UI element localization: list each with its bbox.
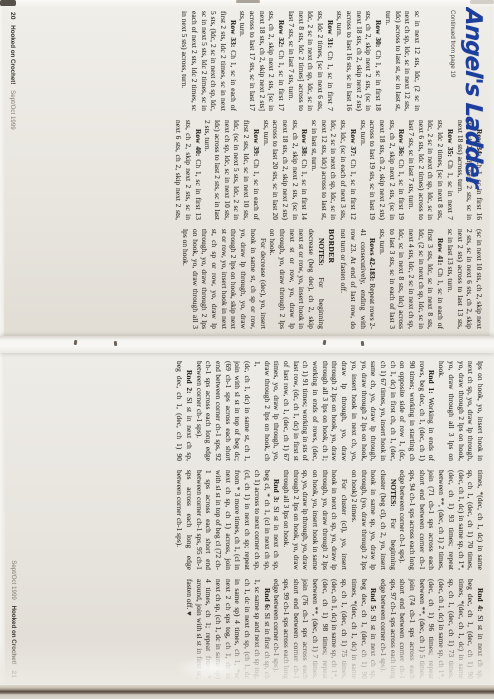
issue-date: Sept/Oct 1999 bbox=[10, 560, 17, 600]
scan-top-edge bbox=[0, 0, 494, 7]
paragraph-label: Row 40: bbox=[194, 129, 203, 159]
paragraph-label: Row 31: bbox=[326, 20, 335, 51]
paragraph-label: Row 33: bbox=[229, 20, 238, 50]
paragraph-label: Row 30: bbox=[374, 20, 383, 50]
pattern-paragraph: NOTES: For beginning decrease (beg dec),… bbox=[268, 229, 326, 329]
paragraph-label: Row 32: bbox=[277, 20, 286, 50]
paragraph-label: Row 39: bbox=[252, 129, 261, 159]
page-21: lps on hook, yo, insert hook in next ch … bbox=[5, 352, 491, 688]
pattern-paragraph: Row 38: Ch 1, sc in first 14 sts, ch 2, … bbox=[261, 120, 310, 220]
page-21-footer: Sept/Oct 1999 Hooked on Crochet! 21 bbox=[10, 556, 17, 678]
pattern-paragraph: (dc, ch 1, dc) in same st, ch 1, join wi… bbox=[194, 361, 252, 461]
pattern-paragraph: For decrease (dec), yo, insert hook in s… bbox=[180, 229, 267, 329]
staple-mark bbox=[114, 341, 118, 346]
pattern-paragraph: Rnd 4: Sl st in next ch sp, beg dec, ch … bbox=[378, 579, 485, 679]
pattern-paragraph: Row 30: Ch 1, sc in first 18 sts, ch 2, … bbox=[335, 11, 384, 111]
pattern-paragraph: Row 37: Ch 1, sc in first 12 sts, ldc, (… bbox=[309, 120, 358, 220]
scan-smudge bbox=[0, 0, 16, 6]
pattern-paragraph: Row 41: Ch 1, sc in each of first 3 sts,… bbox=[377, 229, 445, 329]
paragraph-label: Row 41: bbox=[436, 238, 445, 268]
pattern-paragraph: Rnd 3: Sl st in next ch sp, beg cl, * ch… bbox=[175, 470, 282, 570]
issue-date: Sept/Oct 1999 bbox=[9, 90, 16, 130]
staple-mark bbox=[361, 341, 365, 346]
paragraph-label: Rnd 2: bbox=[185, 370, 194, 397]
paragraph-label: NOTES: bbox=[317, 238, 326, 277]
paragraph-label: Row 36: bbox=[397, 129, 406, 159]
paragraph-label: Rnd 4: bbox=[476, 588, 485, 615]
page-20-text-columns: sc in next 12 sts, ldc, (2 sc in next ch… bbox=[22, 11, 484, 329]
pattern-paragraph: Row 33: Ch 1, sc in each of first 2 sts,… bbox=[179, 11, 237, 111]
pattern-paragraph: sc in next 12 sts, ldc, (2 sc in next ch… bbox=[383, 11, 422, 111]
page-21-text-columns: lps on hook, yo, insert hook in next ch … bbox=[23, 361, 485, 679]
magazine-name: Hooked on Crochet! bbox=[9, 25, 16, 84]
magazine-name: Hooked on Crochet! bbox=[10, 606, 17, 665]
paragraph-label: Rnd 1: bbox=[427, 370, 436, 398]
pattern-paragraph: Rnd 1: Working in ends of rows, beg dec,… bbox=[252, 361, 436, 461]
page-20: sc in next 12 sts, ldc, (2 sc in next ch… bbox=[4, 2, 490, 338]
pattern-paragraph: Row 35: Ch 1, sc in next 7 sts, ldc 2 ti… bbox=[406, 120, 455, 220]
page-curl-highlight bbox=[175, 655, 250, 681]
page-seam bbox=[0, 336, 494, 353]
staple-mark bbox=[74, 340, 78, 345]
pattern-paragraph: Row 32: Ch 1, sc in first 17 sts, ch 2, … bbox=[238, 11, 287, 111]
pattern-paragraph: lps on hook, yo, insert hook in next ch … bbox=[436, 361, 485, 461]
paragraph-label: Rnd 6: bbox=[263, 588, 272, 613]
pattern-paragraph: Rnd 5: Sl st in next ch sp, beg dec, ch … bbox=[272, 579, 379, 679]
pattern-paragraph: For cluster (cl), yo, insert hook in nex… bbox=[281, 470, 349, 570]
scanned-magazine-spread: sc in next 12 sts, ldc, (2 sc in next ch… bbox=[0, 0, 494, 699]
page-20-footer: 20 Hooked on Crochet! Sept/Oct 1999 bbox=[9, 12, 16, 134]
paragraph-label: Rows 42-183: bbox=[368, 238, 377, 283]
paragraph-label: Row 38: bbox=[300, 129, 309, 159]
paragraph-label: NOTES: bbox=[389, 479, 398, 518]
paragraph-label: Rnd 3: bbox=[272, 479, 281, 506]
staple-mark bbox=[323, 340, 327, 345]
scan-smudge bbox=[236, 0, 260, 3]
article-title: Angel's Ladder bbox=[460, 7, 486, 179]
paragraph-label: Row 37: bbox=[349, 129, 358, 159]
section-heading: BORDER bbox=[327, 229, 337, 329]
scan-smudge bbox=[470, 0, 494, 4]
continued-from-note: Continued from page 19 bbox=[449, 10, 456, 178]
page-number: 20 bbox=[9, 12, 16, 20]
paragraph-label: Rnd 5: bbox=[369, 588, 378, 615]
pattern-paragraph: Row 31: Ch 1, sc in first 7 sts, ldc 2 t… bbox=[286, 11, 335, 111]
pattern-paragraph: Row 36: Ch 1, sc in first 19 sts, ch 2, … bbox=[358, 120, 407, 220]
pattern-paragraph: Row 39: Ch 1, sc in each of first 2 sts,… bbox=[203, 120, 261, 220]
page-number: 21 bbox=[10, 670, 17, 678]
article-header: Angel's Ladder Continued from page 19 bbox=[449, 8, 486, 178]
pattern-paragraph: Rows 42-183: Repeat rows 2-41 consecutiv… bbox=[338, 229, 377, 329]
pattern-paragraph: NOTES: For beginning cluster (beg cl), c… bbox=[349, 470, 398, 570]
page-stack-edge bbox=[0, 685, 494, 699]
